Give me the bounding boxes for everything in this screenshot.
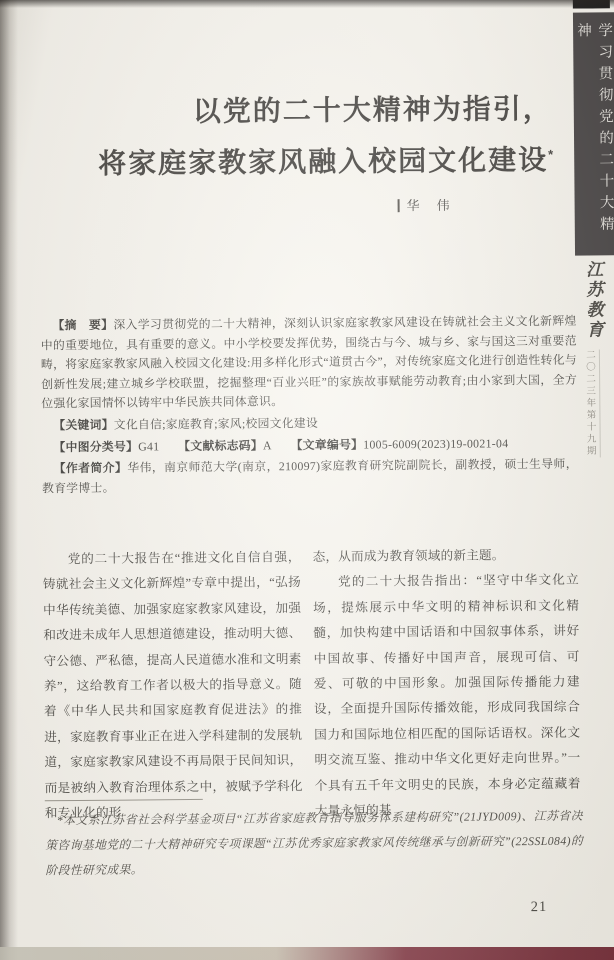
keywords-text: 文化自信;家庭教育;家风;校园文化建设 xyxy=(114,416,318,432)
journal-cover-edge xyxy=(0,947,614,960)
author-bio-paragraph: 【作者简介】华伟，南京师范大学(南京，210097)家庭教育研究院副院长，副教授… xyxy=(42,455,578,499)
keywords-paragraph: 【关键词】文化自信;家庭教育;家风;校园文化建设 xyxy=(41,412,577,436)
article-title: 以党的二十大精神为指引， 将家庭家教家风融入校园文化建设* 华 伟 xyxy=(39,86,562,218)
article-no-label: 【文章编号】 xyxy=(291,437,364,452)
title-footnote-marker: * xyxy=(548,147,553,162)
book-binding-shadow xyxy=(0,0,18,960)
footnote-text: *本文系江苏省社会科学基金项目“江苏省家庭教育指导服务体系建构研究”(21JYD… xyxy=(45,804,584,884)
body-paragraph-2: 党的二十大报告指出：“坚守中华文化立场，提炼展示中华文明的精神标识和文化精髓，加… xyxy=(313,568,581,824)
section-tab-label: 学习贯彻党的二十大精神 xyxy=(573,12,614,255)
clc-label: 【中图分类号】 xyxy=(53,439,138,454)
scanned-journal-page: 学习贯彻党的二十大精神 江苏教育 二〇二三年第十九期 以党的二十大精神为指引， … xyxy=(0,0,614,960)
abstract-paragraph: 【摘 要】深入学习贯彻党的二十大精神，深刻认识家庭家教家风建设在铸就社会主义文化… xyxy=(41,312,578,415)
classification-paragraph: 【中图分类号】G41【文献标志码】A【文章编号】1005-6009(2023)1… xyxy=(42,433,578,457)
page-content: 学习贯彻党的二十大精神 江苏教育 二〇二三年第十九期 以党的二十大精神为指引， … xyxy=(0,0,614,960)
photo-top-edge xyxy=(0,0,614,8)
author-name: 华 伟 xyxy=(407,198,452,213)
abstract-label: 【摘 要】 xyxy=(52,318,113,333)
page-number: 21 xyxy=(531,899,548,916)
journal-name: 江苏教育 xyxy=(580,260,606,340)
section-tab: 学习贯彻党的二十大精神 xyxy=(573,0,612,256)
doc-code-label: 【文献标志码】 xyxy=(178,438,263,453)
title-line-1: 以党的二十大精神为指引， xyxy=(39,86,553,136)
bio-label: 【作者简介】 xyxy=(54,461,128,476)
author-line: 华 伟 xyxy=(40,194,554,217)
article-meta: 【摘 要】深入学习贯彻党的二十大精神，深刻认识家庭家教家风建设在铸就社会主义文化… xyxy=(41,312,579,499)
journal-issue: 二〇二三年第十九期 xyxy=(582,349,601,457)
keywords-label: 【关键词】 xyxy=(53,418,114,433)
body-column-left: 党的二十大报告在“推进文化自信自强，铸就社会主义文化新辉煌”专章中提出，“弘扬中… xyxy=(43,545,303,827)
abstract-text: 深入学习贯彻党的二十大精神，深刻认识家庭家教家风建设在铸就社会主义文化新辉煌中的… xyxy=(41,314,577,411)
body-column-right: 态，从而成为教育领域的新主题。 党的二十大报告指出：“坚守中华文化立场，提炼展示… xyxy=(313,543,581,825)
clc-value: G41 xyxy=(138,439,159,453)
doc-code-value: A xyxy=(263,438,272,452)
body-paragraph-1: 党的二十大报告在“推进文化自信自强，铸就社会主义文化新辉煌”专章中提出，“弘扬中… xyxy=(43,545,303,827)
title-line-2: 将家庭家教家风融入校园文化建设* xyxy=(39,132,553,188)
body-paragraph-1-continuation: 态，从而成为教育领域的新主题。 xyxy=(313,543,579,571)
title-line-2-text: 将家庭家教家风融入校园文化建设 xyxy=(98,144,548,179)
article-no-value: 1005-6009(2023)19-0021-04 xyxy=(363,436,508,451)
author-divider-bar xyxy=(398,200,400,213)
